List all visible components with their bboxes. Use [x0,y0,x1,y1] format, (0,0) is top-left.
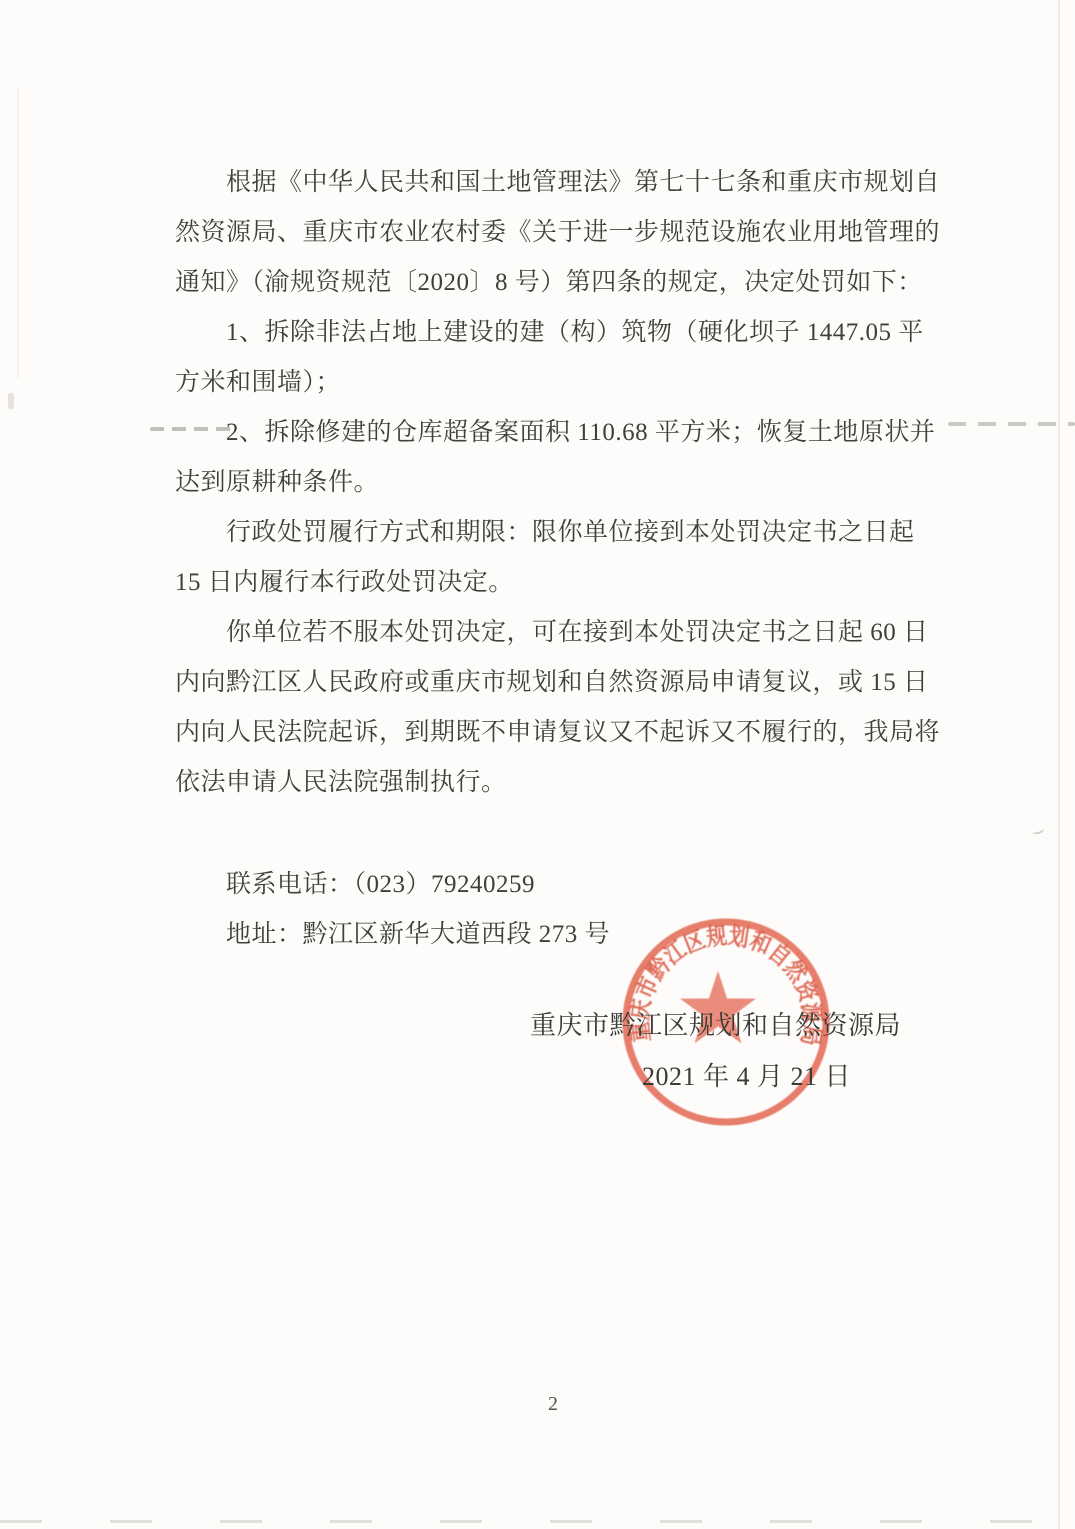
text-line: 依法申请人民法院强制执行。 [175,762,507,798]
scan-edge-line-right [1058,0,1060,1529]
signature-date: 2021 年 4 月 21 日 [642,1056,851,1093]
signature-agency: 重庆市黔江区规划和自然资源局 [530,1005,901,1042]
scan-fold-dashes-left [150,427,235,431]
scan-bottom-shadow [0,1520,1075,1523]
text-line: 15 日内履行本行政处罚决定。 [175,562,514,598]
text-line: 然资源局、重庆市农业农村委《关于进一步规范设施农业用地管理的 [175,212,940,248]
text-line: 行政处罚履行方式和期限：限你单位接到本处罚决定书之日起 [226,512,915,548]
text-line: 方米和围墙）； [175,362,341,398]
scan-edge-mark-left [8,393,14,409]
text-line: 2、拆除修建的仓库超备案面积 110.68 平方米；恢复土地原状并 [226,412,935,448]
scan-fold-dashes-right [948,422,1075,426]
text-line: 通知》（渝规资规范〔2020〕8 号）第四条的规定，决定处罚如下： [175,262,923,298]
text-line: 地址：黔江区新华大道西段 273 号 [226,914,610,950]
scanned-document-page: 根据《中华人民共和国土地管理法》第七十七条和重庆市规划自然资源局、重庆市农业农村… [0,0,1075,1529]
page-number: 2 [548,1393,558,1416]
scan-squiggle-mark [1031,824,1045,835]
text-line: 达到原耕种条件。 [175,462,379,498]
text-line: 内向人民法院起诉，到期既不申请复议又不起诉又不履行的，我局将 [175,712,940,748]
scan-crease-left [17,88,19,378]
text-line: 根据《中华人民共和国土地管理法》第七十七条和重庆市规划自 [226,162,940,198]
text-line: 1、拆除非法占地上建设的建（构）筑物（硬化坝子 1447.05 平 [226,312,924,348]
text-line: 联系电话：（023）79240259 [226,864,535,900]
text-line: 你单位若不服本处罚决定，可在接到本处罚决定书之日起 60 日 [226,612,929,648]
text-line: 内向黔江区人民政府或重庆市规划和自然资源局申请复议，或 15 日 [175,662,929,698]
